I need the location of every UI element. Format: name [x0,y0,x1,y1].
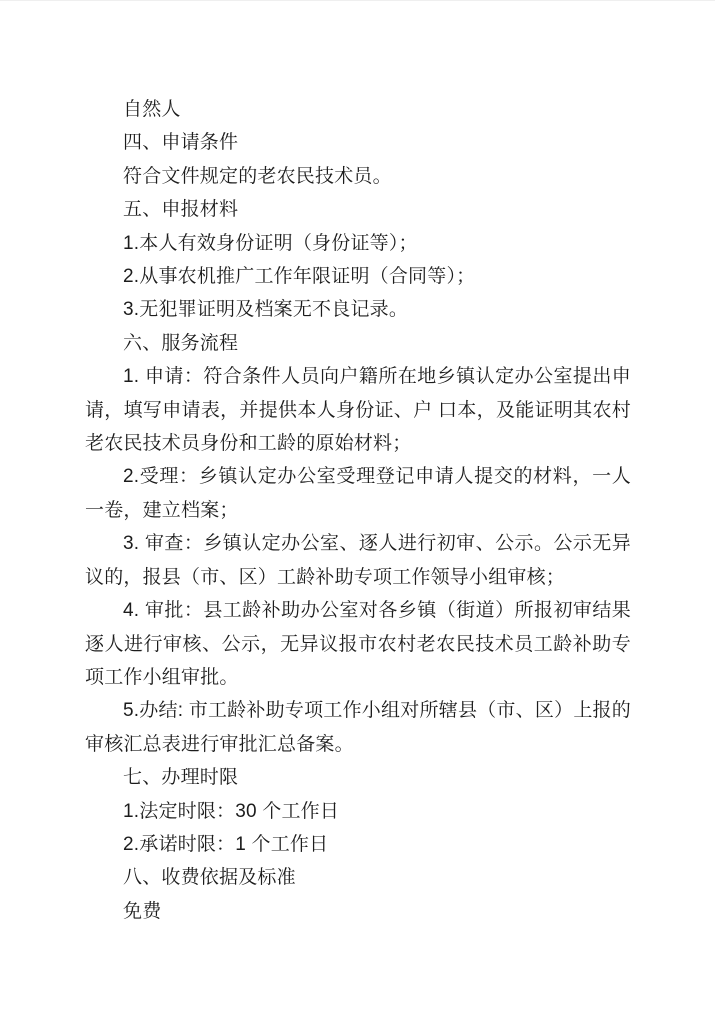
text-line: 3.无犯罪证明及档案无不良记录。 [85,293,631,326]
text-line: 一卷，建立档案； [85,494,631,527]
text-line: 3. 审查：乡镇认定办公室、逐人进行初审、公示。公示无异 [85,527,631,560]
body-paragraph: 1. 申请：符合条件人员向户籍所在地乡镇认定办公室提出申请，填写申请表，并提供本… [85,360,631,460]
section-paragraph: 五、申报材料 [85,193,631,226]
body-paragraph: 3. 审查：乡镇认定办公室、逐人进行初审、公示。公示无异议的，报县（市、区）工龄… [85,527,631,594]
body-paragraph: 1.本人有效身份证明（身份证等）； [85,227,631,260]
section-heading: 四、申请条件 [85,126,631,159]
section-heading: 五、申报材料 [85,193,631,226]
section-heading: 八、收费依据及标准 [85,861,631,894]
text-line: 4. 审批：县工龄补助办公室对各乡镇（街道）所报初审结果 [85,594,631,627]
body-paragraph: 3.无犯罪证明及档案无不良记录。 [85,293,631,326]
text-line: 符合文件规定的老农民技术员。 [85,160,631,193]
text-line: 老农民技术员身份和工龄的原始材料； [85,427,631,460]
text-line: 议的，报县（市、区）工龄补助专项工作领导小组审核； [85,561,631,594]
text-line: 5.办结: 市工龄补助专项工作小组对所辖县（市、区）上报的 [85,694,631,727]
text-line: 逐人进行审核、公示，无异议报市农村老农民技术员工龄补助专 [85,628,631,661]
section-paragraph: 八、收费依据及标准 [85,861,631,894]
body-paragraph: 自然人 [85,93,631,126]
document-page: 自然人四、申请条件符合文件规定的老农民技术员。五、申报材料1.本人有效身份证明（… [0,0,715,1011]
body-paragraph: 2.受理：乡镇认定办公室受理登记申请人提交的材料，一人一卷，建立档案； [85,460,631,527]
text-line: 自然人 [85,93,631,126]
body-paragraph: 符合文件规定的老农民技术员。 [85,160,631,193]
page-top-edge [0,0,715,1]
body-paragraph: 免费 [85,895,631,928]
section-paragraph: 六、服务流程 [85,327,631,360]
document-body: 自然人四、申请条件符合文件规定的老农民技术员。五、申报材料1.本人有效身份证明（… [85,93,631,928]
text-line: 免费 [85,895,631,928]
section-heading: 六、服务流程 [85,327,631,360]
section-paragraph: 七、办理时限 [85,761,631,794]
section-heading: 七、办理时限 [85,761,631,794]
text-line: 2.从事农机推广工作年限证明（合同等）； [85,260,631,293]
text-line: 审核汇总表进行审批汇总备案。 [85,728,631,761]
text-line: 请，填写申请表，并提供本人身份证、户 口本，及能证明其农村 [85,394,631,427]
text-line: 1. 申请：符合条件人员向户籍所在地乡镇认定办公室提出申 [85,360,631,393]
body-paragraph: 2.承诺时限：1 个工作日 [85,828,631,861]
text-line: 2.承诺时限：1 个工作日 [85,828,631,861]
body-paragraph: 5.办结: 市工龄补助专项工作小组对所辖县（市、区）上报的审核汇总表进行审批汇总… [85,694,631,761]
text-line: 2.受理：乡镇认定办公室受理登记申请人提交的材料，一人 [85,460,631,493]
body-paragraph: 2.从事农机推广工作年限证明（合同等）； [85,260,631,293]
section-paragraph: 四、申请条件 [85,126,631,159]
body-paragraph: 1.法定时限：30 个工作日 [85,795,631,828]
text-line: 项工作小组审批。 [85,661,631,694]
text-line: 1.本人有效身份证明（身份证等）； [85,227,631,260]
text-line: 1.法定时限：30 个工作日 [85,795,631,828]
body-paragraph: 4. 审批：县工龄补助办公室对各乡镇（街道）所报初审结果逐人进行审核、公示，无异… [85,594,631,694]
